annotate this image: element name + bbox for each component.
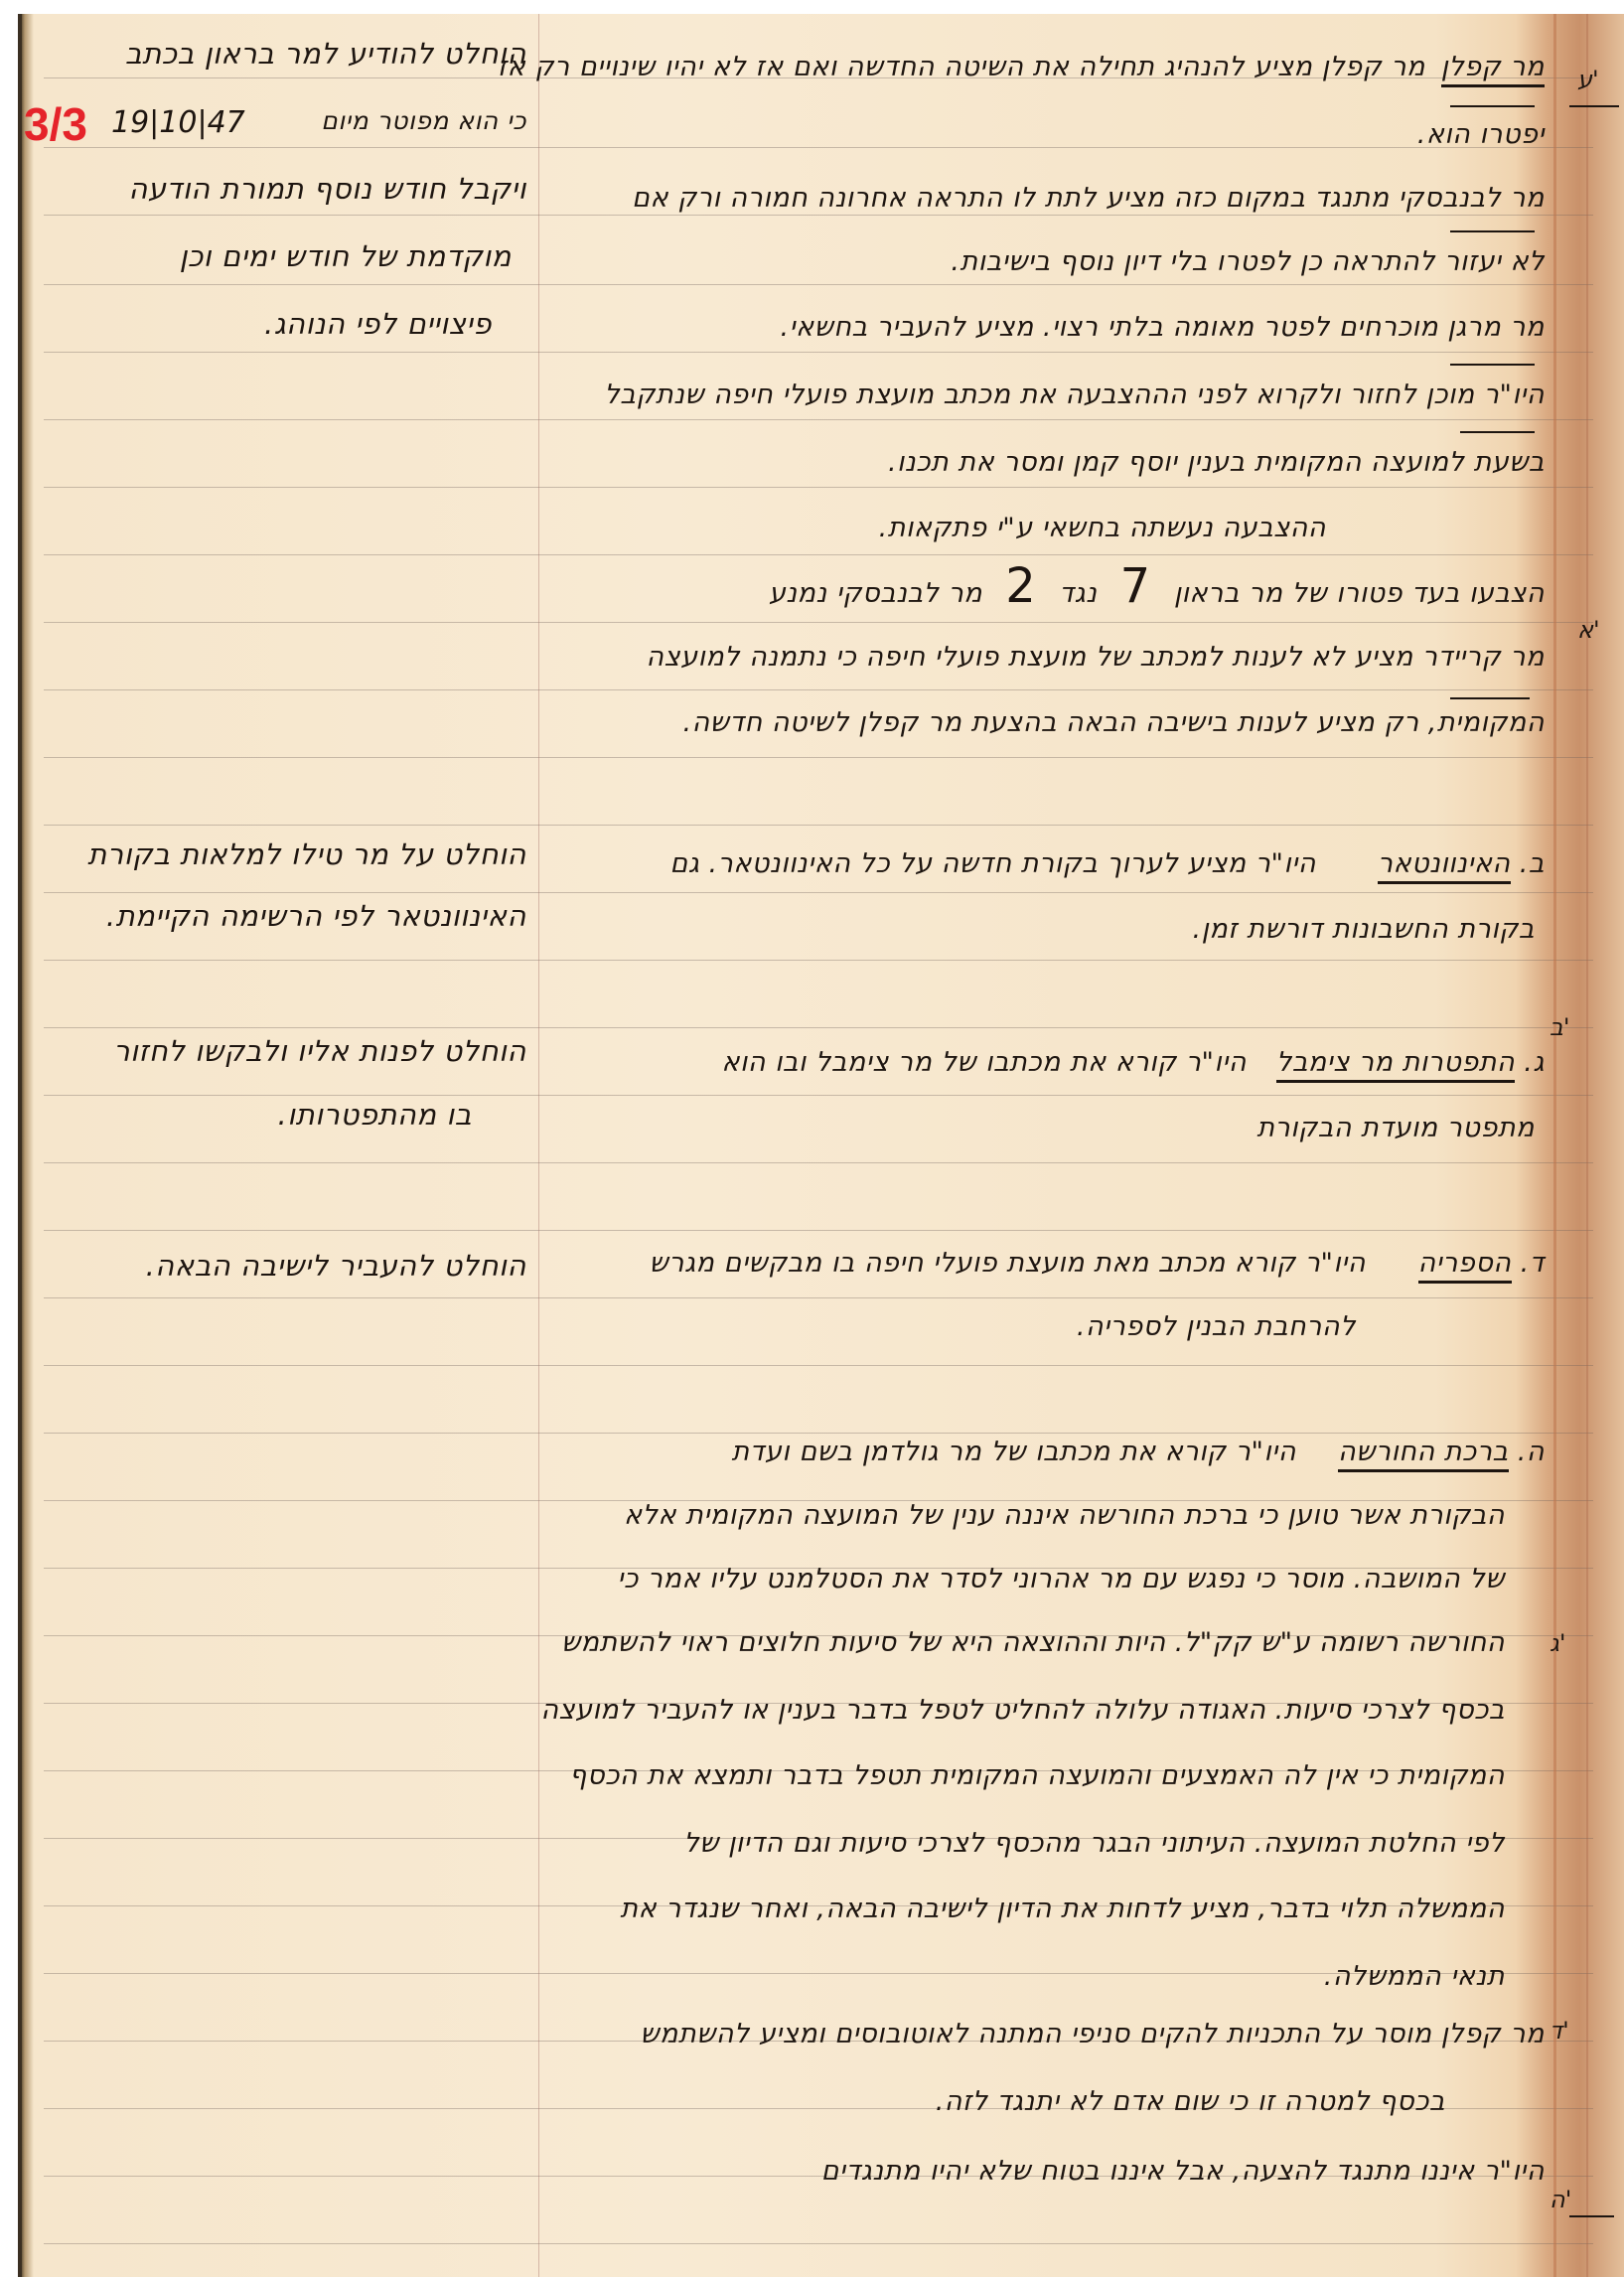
minutes-line: היו"ר קורא מכתב מאת מועצת פועלי חיפה בו … bbox=[650, 1246, 1366, 1282]
page-number-label: 3/3 bbox=[24, 101, 87, 147]
item-title: התפטרות מר צימבל bbox=[1276, 1047, 1515, 1083]
item-letter: ד. bbox=[1521, 1248, 1545, 1279]
agenda-item-heading: ה. ברכת החורשה bbox=[1338, 1435, 1545, 1470]
minutes-line: מתפטר מועדת הבקורת bbox=[1256, 1111, 1535, 1146]
minutes-line: יפטרו הוא. bbox=[1417, 117, 1545, 153]
minutes-line: היו"ר מוכן לחזור ולקרוא לפני הההצבעה את … bbox=[604, 378, 1545, 413]
item-letter: ב. bbox=[1520, 848, 1545, 879]
vote-text: הצבעו בעד פטורו של מר בראון bbox=[1174, 578, 1545, 609]
page-edge bbox=[1586, 14, 1588, 2277]
minutes-line: בקורת החשבונות דורשת זמן. bbox=[1193, 912, 1535, 948]
minutes-line: המקומית כי אין לה האמצעים והמועצה המקומי… bbox=[569, 1758, 1505, 1794]
minutes-line: מר קריידר מציע לא לענות למכתב של מועצת פ… bbox=[647, 640, 1545, 676]
vote-line: הצבעו בעד פטורו של מר בראון 7 נגד 2 מר ל… bbox=[769, 568, 1545, 612]
column-divider bbox=[538, 14, 539, 2277]
minutes-line: מר קפלן מוסר על התכניות להקים סניפי המתנ… bbox=[640, 2017, 1545, 2052]
item-letter: ה. bbox=[1518, 1437, 1545, 1467]
document-date: 19|10|47 bbox=[111, 105, 245, 140]
minutes-line: לא יעזור להתראה כן לפטרו בלי דיון נוסף ב… bbox=[951, 244, 1545, 280]
minutes-line: מר קפלן bbox=[1441, 50, 1545, 85]
minutes-line: הבקורת אשר טוען כי ברכת החורשה איננה עני… bbox=[624, 1498, 1505, 1534]
vote-text: מר לבנבסקי נמנע bbox=[769, 578, 982, 609]
minutes-line: היו"ר קורא את מכתבו של מר גולדמן בשם ועד… bbox=[732, 1435, 1297, 1470]
minutes-line: החורשה רשומה ע"ש קק"ל. היות וההוצאה היא … bbox=[561, 1625, 1505, 1661]
decision-text: הוחלט על מר טילו למלאות בקורת bbox=[87, 836, 526, 872]
decision-text: מוקדמת של חודש ימים וכן bbox=[180, 238, 512, 274]
vote-count-against: 2 bbox=[991, 558, 1050, 614]
margin-mark: ע' bbox=[1577, 66, 1599, 93]
minutes-line: בכסף למטרה זו כי שום אדם לא יתנגד לזה. bbox=[936, 2084, 1445, 2120]
minutes-line: מר לבנבסקי מתנגד במקום כזה מציע לתת לו ה… bbox=[632, 181, 1545, 217]
item-letter: ג. bbox=[1524, 1047, 1545, 1078]
minutes-line: של המושבה. מוסר כי נפגש עם מר אהרוני לסד… bbox=[618, 1562, 1505, 1597]
minutes-line: היו"ר מציע לערוך בקורת חדשה על כל האינוו… bbox=[669, 846, 1316, 882]
margin-mark: ד' bbox=[1550, 2017, 1569, 2045]
minutes-line: מר מרגן מוכרחים לפטר מאומה בלתי רצוי. מצ… bbox=[781, 310, 1545, 346]
decision-text: בו מהתפטרותו. bbox=[278, 1097, 472, 1133]
decision-text: פיצויים לפי הנוהג. bbox=[264, 306, 492, 342]
minutes-line: היו"ר איננו מתנגד להצעה, אבל איננו בטוח … bbox=[821, 2154, 1545, 2190]
vote-text: נגד bbox=[1059, 578, 1097, 609]
margin-mark: ב' bbox=[1550, 1013, 1569, 1041]
margin-mark: ג' bbox=[1550, 1629, 1566, 1657]
decision-text: הוחלט לפנות אליו ולבקשו לחזור bbox=[113, 1033, 526, 1069]
margin-divider bbox=[1553, 14, 1556, 2277]
item-title: ברכת החורשה bbox=[1338, 1437, 1509, 1472]
minutes-line: בשעת למועצה המקומית בענין יוסף קמן ומסר … bbox=[888, 445, 1545, 481]
minutes-line: ההצבעה נעשתה בחשאי ע"י פתקאות. bbox=[879, 511, 1326, 546]
margin-mark: א' bbox=[1577, 616, 1600, 644]
decision-text: כי הוא מפוטר מיום bbox=[321, 103, 526, 139]
minutes-line: הממשלה תלוי בדבר, מציע לדחות את הדיון לי… bbox=[620, 1892, 1505, 1927]
item-title: הספריה bbox=[1418, 1248, 1512, 1284]
agenda-item-heading: ד. הספריה bbox=[1418, 1246, 1545, 1282]
minutes-line: מר קפלן מציע להנהיג תחילה את השיטה החדשה… bbox=[498, 50, 1425, 85]
decision-text: ויקבל חודש נוסף תמורת הודעה bbox=[128, 171, 526, 207]
vote-count-for: 7 bbox=[1107, 558, 1165, 614]
minutes-line: היו"ר קורא את מכתבו של מר צימבל ובו הוא bbox=[721, 1045, 1247, 1081]
minutes-line: לפי החלטת המועצה. העיתוני הבגר מהכסף לצר… bbox=[683, 1826, 1505, 1862]
minutes-line: בכסף לצרכי סיעות. האגודה עלולה להחליט לט… bbox=[540, 1693, 1505, 1729]
item-title: האינוונטאר bbox=[1378, 848, 1511, 884]
decision-text: האינוונטאר לפי הרשימה הקיימת. bbox=[106, 898, 526, 934]
agenda-item-heading: ב. האינוונטאר bbox=[1378, 846, 1545, 882]
decision-text: הוחלט להעביר לישיבה הבאה. bbox=[146, 1248, 526, 1284]
minutes-line: המקומית, רק מציע לענות בישיבה הבאה בהצעת… bbox=[683, 705, 1545, 741]
minutes-line: להרחבת הבנין לספריה. bbox=[1077, 1309, 1356, 1345]
decision-text: הוחלט להודיע למר בראון בכתב bbox=[125, 36, 526, 72]
speaker-name: מר קפלן bbox=[1441, 52, 1545, 87]
minutes-line: תנאי הממשלה. bbox=[1324, 1959, 1505, 1995]
margin-mark: ה' bbox=[1550, 2186, 1571, 2213]
agenda-item-heading: ג. התפטרות מר צימבל bbox=[1276, 1045, 1545, 1081]
